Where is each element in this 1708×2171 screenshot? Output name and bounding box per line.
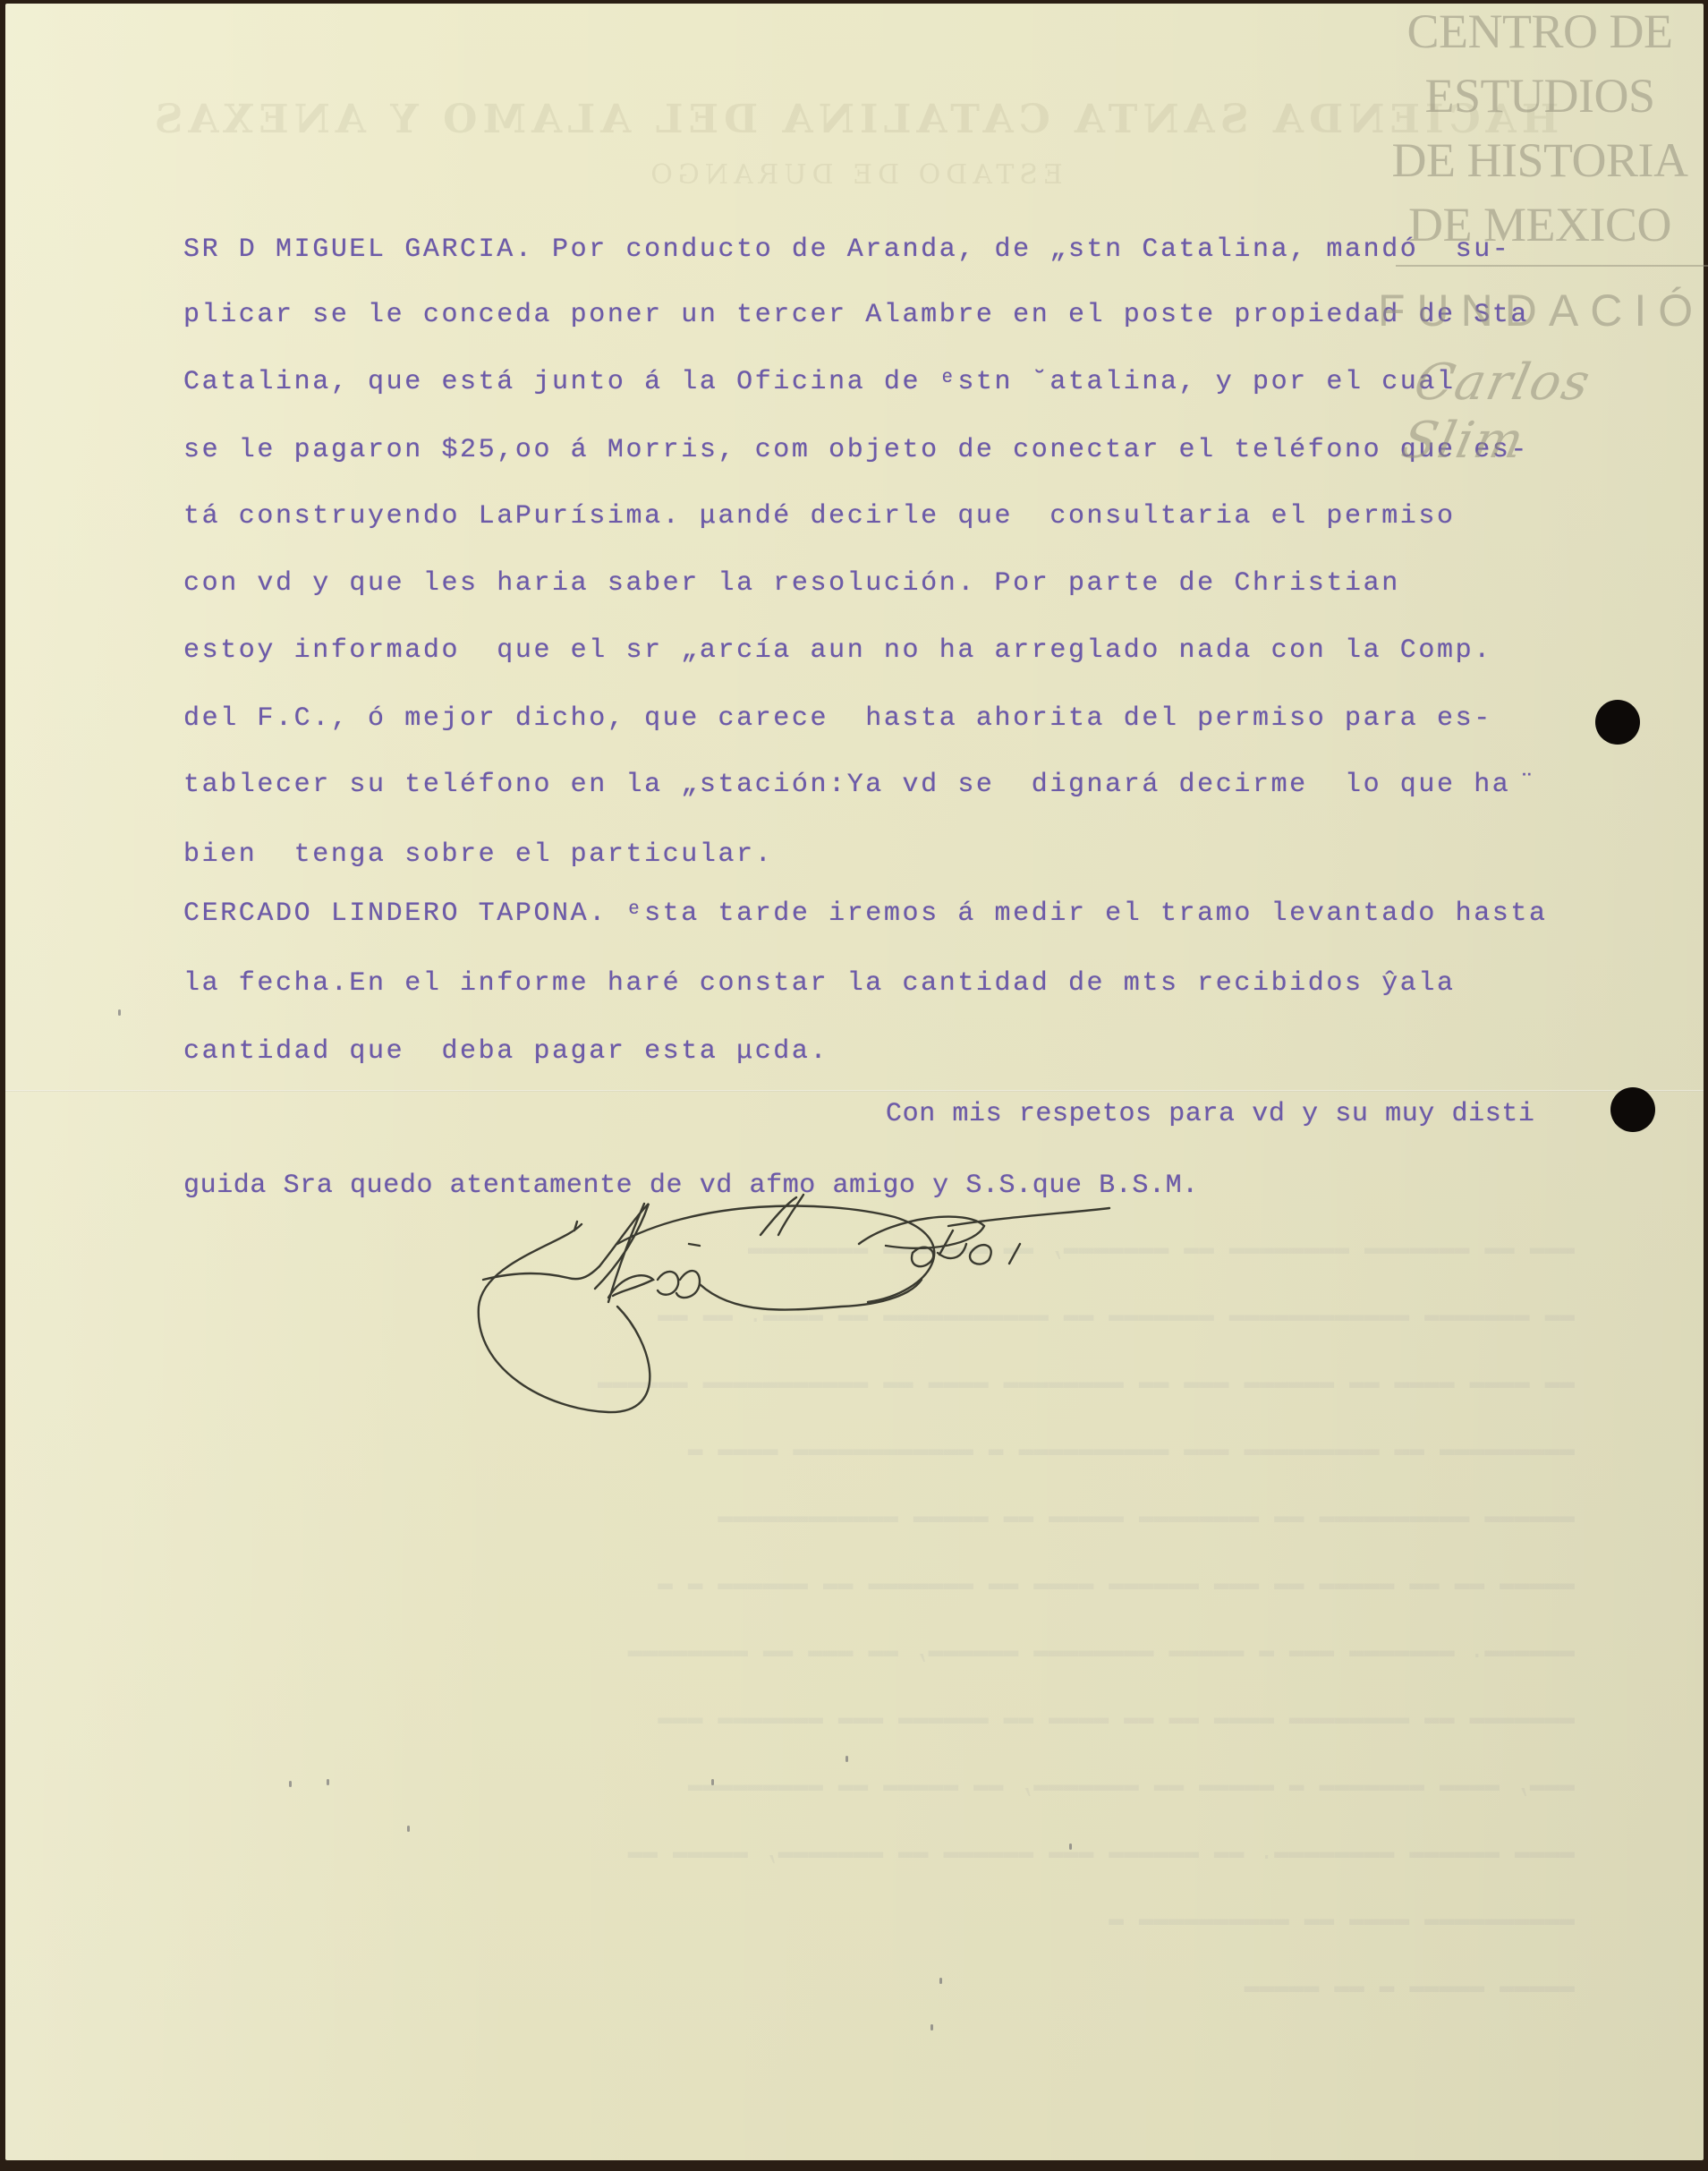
watermark-line: DE HISTORIA [1373,136,1706,200]
punch-hole [1610,1087,1655,1132]
signature-text: Migl Soto [465,1190,470,1191]
body-line: bien tenga sobre el particular. [183,841,773,868]
body-line: tablecer su teléfono en la „stación:Ya v… [183,771,1529,798]
reverse-showthrough: ▬▬▬▬▬▬. ▬▬▬▬▬▬▬ ▬▬▬ ▬ ▬▬▬▬▬ ▬▬▬▬▬▬▬▬ ▬▬▬… [143,1638,1575,1665]
reverse-showthrough: ▬▬▬▬▬▬▬▬▬▬ ▬▬▬▬ ▬▬ ▬▬▬▬▬▬▬▬▬▬ ▬ [143,1906,1575,1934]
watermark-line: CENTRO DE [1373,7,1706,72]
reverse-showthrough: ▬▬▬▬▬ ▬▬▬▬▬ ▬ ▬▬ ▬▬▬▬▬ [143,1973,1575,2001]
punch-hole [1595,700,1640,745]
body-line: con vd y que les haria saber la resoluci… [183,570,1400,597]
fold-crease [5,1090,1704,1092]
watermark-divider [1396,265,1708,267]
body-line: tá construyendo LaPurísima. μandé decirl… [183,503,1456,530]
watermark-foundation: FUNDACIÓN [1378,285,1708,336]
watermark-line: DE MEXICO [1373,200,1706,265]
archive-watermark: CENTRO DE ESTUDIOS DE HISTORIA DE MEXICO [1373,7,1706,265]
body-line: estoy informado que el sr „arcía aun no … [183,637,1492,664]
body-line: del F.C., ó mejor dicho, que carece hast… [183,705,1492,732]
reverse-showthrough: ▬▬▬, ▬▬▬▬ ▬▬▬▬▬▬▬ ▬ ▬▬▬▬▬ ▬▬ ▬▬▬▬▬▬▬, ▬▬… [143,1772,1575,1800]
body-line: plicar se le conceda poner un tercer Ala… [183,302,1529,328]
body-line: SR D MIGUEL GARCIA. Por conducto de Aran… [183,236,1510,263]
watermark-line: ESTUDIOS [1373,72,1706,136]
reverse-showthrough: ▬▬▬▬▬▬▬ ▬▬ ▬▬▬▬▬▬▬▬ ▬▬▬▬ ▬▬ ▬▬ ▬▬▬▬ ▬▬ ▬… [143,1705,1575,1733]
watermark-signature: Carlos Slim [1397,353,1708,470]
body-line: cantidad que deba pagar esta μcda. [183,1038,829,1065]
reverse-showthrough: ▬▬▬▬ ▬▬▬▬▬▬ ▬▬▬▬▬▬▬▬. ▬▬ ▬▬▬▬▬▬ ▬▬▬ ▬▬▬▬… [143,1839,1575,1867]
reverse-showthrough: ▬▬▬▬▬ ▬▬ ▬▬ ▬▬▬▬▬ ▬▬ ▬▬▬ ▬▬▬▬▬▬ ▬▬▬▬ ▬▬ … [143,1571,1575,1598]
closing-line: Con mis respetos para vd y su muy disti [886,1101,1535,1128]
body-line: la fecha.En el informe haré constar la c… [183,970,1456,997]
body-line-section-heading: CERCADO LINDERO TAPONA. ᵉsta tarde iremo… [183,900,1548,927]
body-line: Catalina, que está junto á la Oficina de… [183,369,1456,396]
reverse-showthrough: ▬▬▬▬▬▬▬▬▬ ▬▬ ▬▬▬▬▬▬▬▬▬ ▬▬▬ ▬▬▬▬▬▬▬▬▬▬ ▬ … [143,1436,1575,1464]
handwritten-signature: Migl Soto [465,1190,1360,1423]
reverse-showthrough: ▬▬▬▬▬▬ ▬▬▬▬▬▬▬▬▬▬ ▬▬ ▬▬▬▬▬▬▬▬ ▬▬▬▬▬ ▬▬ ▬… [143,1503,1575,1531]
body-line: se le pagaron $25,oo á Morris, com objet… [183,437,1529,464]
